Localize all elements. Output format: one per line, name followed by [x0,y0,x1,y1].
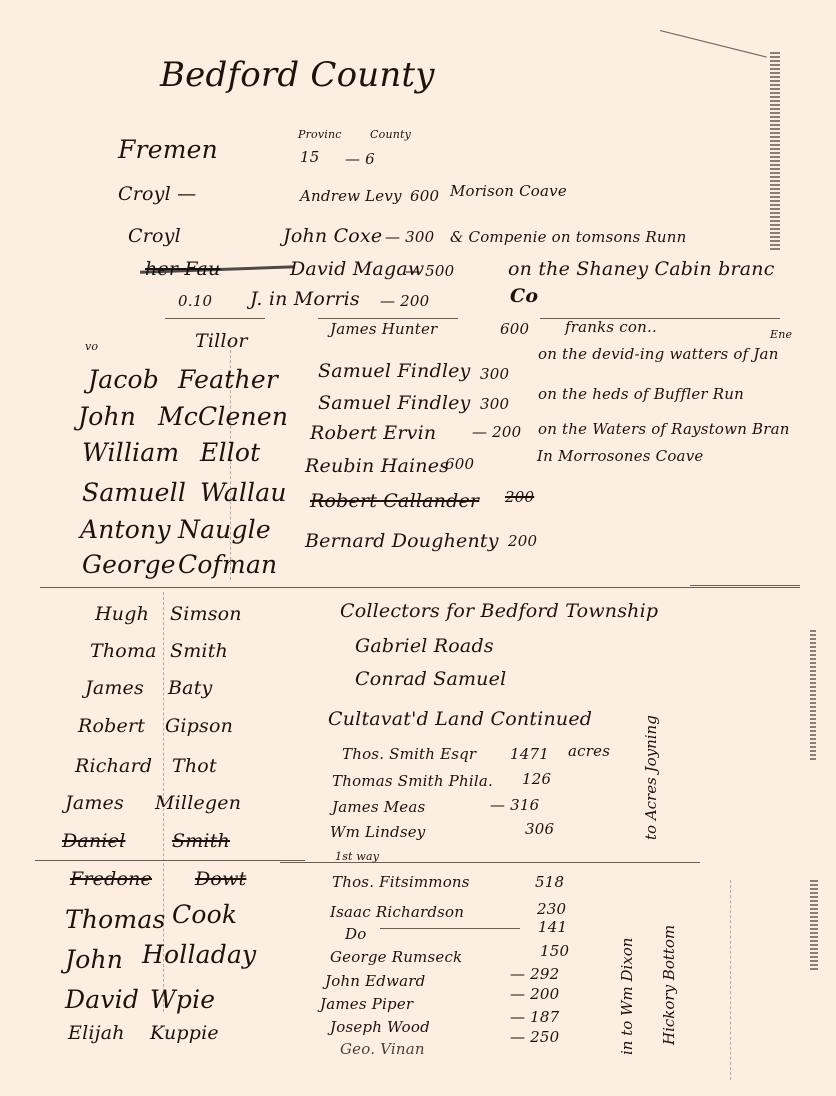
divider [380,928,520,929]
person-first-name-struck: Fredone [70,868,152,890]
land-value: 141 [538,918,567,936]
land-name: James Meas [332,798,425,816]
person-first-name: George [82,550,176,579]
grantee-name: Samuel Findley [318,392,470,414]
grantee-acres: 200 [508,532,537,550]
grantee-location: on the devid-ing watters of Jan [538,345,779,363]
entry-acres: — 200 [380,292,429,310]
land-value: — 316 [490,796,539,814]
land-value: 150 [540,942,569,960]
land-name: George Rumseck [330,948,462,966]
land-unit: acres [568,742,610,760]
person-last-name: Thot [172,755,217,777]
divider [35,860,305,861]
divider [318,318,458,319]
person-first-name: Thoma [90,640,157,662]
land-name: Geo. Vinan [340,1040,425,1058]
mid-header-note: Ene [770,328,792,341]
entry-name: J. in Morris [250,288,360,310]
person-first-name: Samuell [82,478,186,507]
entry-location: & Compenie on tomsons Runn [450,228,687,246]
mid-header-name: James Hunter [330,320,437,338]
margin-note: to Acres Joyning [642,715,660,840]
person-last-name-struck: Smith [172,830,230,852]
entry-acres: — 500 [405,262,454,280]
person-first-name: James [85,677,144,699]
person-last-name: Smith [170,640,228,662]
mid-header-left: Tillor [195,330,248,352]
grantee-acres: — 200 [472,423,521,441]
land-value: 126 [522,770,551,788]
person-first-name: Robert [78,715,145,737]
land-value: — 187 [510,1008,559,1026]
entry-location: Morison Coave [450,182,567,200]
entry-name: Andrew Levy [300,187,402,205]
person-last-name: Kuppie [150,1022,219,1044]
land-name: Joseph Wood [330,1018,430,1036]
entry-left: Croyl — [118,183,196,205]
paper-edge-right-top [770,50,780,250]
grantee-name: Samuel Findley [318,360,470,382]
entry-location: on the Shaney Cabin branc [508,258,775,280]
collector-name: Gabriel Roads [355,635,494,657]
entry-acres: — 300 [385,228,434,246]
person-last-name: Cofman [178,550,277,579]
person-last-name-struck: Dowt [195,868,246,890]
land-value: 1471 [510,745,549,763]
person-first-name-struck: Daniel [62,830,125,852]
tax-header-province: Provinc [298,128,342,141]
land-value: 518 [535,873,564,891]
entry-location: Co [510,285,538,307]
land-name: Isaac Richardson [330,903,464,921]
collectors-heading: Collectors for Bedford Township [340,600,658,622]
divider [165,318,265,319]
manuscript-page: Bedford County Fremen Provinc County 15 … [0,0,836,1096]
person-first-name: William [82,438,179,467]
cultivated-land-heading: Cultavat'd Land Continued [328,708,592,730]
grantee-location: on the Waters of Raystown Bran [538,420,790,438]
person-last-name: McClenen [158,402,288,431]
land-value: — 200 [510,985,559,1003]
grantee-name-struck: Robert Callander [310,490,479,512]
section-label: Fremen [118,135,218,164]
grantee-acres-struck: 200 [505,488,534,506]
person-last-name: Holladay [142,940,256,969]
grantee-acres: 300 [480,395,509,413]
person-first-name: James [65,792,124,814]
land-name: Thos. Smith Esqr [342,745,476,763]
land-name: Thomas Smith Phila. [332,772,493,790]
mid-header-prefix: vo [85,340,98,353]
person-last-name: Wpie [150,985,215,1014]
person-first-name: Thomas [65,905,165,934]
entry-name: John Coxe [283,225,382,247]
document-title: Bedford County [160,55,435,95]
person-first-name: David [65,985,139,1014]
land-value: 230 [537,900,566,918]
tax-header-province-value: 15 [300,148,320,166]
fold-line [730,880,731,1080]
collector-name: Conrad Samuel [355,668,506,690]
grantee-acres: 600 [445,455,474,473]
grantee-name: Robert Ervin [310,422,436,444]
land-name: John Edward [325,972,425,990]
person-first-name: Jacob [88,365,159,394]
section-divider [40,587,800,588]
land-name: Do [345,925,366,943]
person-last-name: Wallau [200,478,287,507]
person-last-name: Baty [168,677,212,699]
paper-edge-right-mid [810,630,816,760]
person-last-name: Simson [170,603,242,625]
land-value: 306 [525,820,554,838]
person-first-name: Hugh [95,603,149,625]
land-name: Thos. Fitsimmons [332,873,470,891]
person-first-name: John [78,402,136,431]
divider [690,585,800,586]
person-last-name: Feather [178,365,278,394]
paper-edge-right-bottom [810,880,818,970]
person-last-name: Millegen [155,792,241,814]
land-value: — 292 [510,965,559,983]
person-last-name: Ellot [200,438,260,467]
grantee-location: In Morrosones Coave [537,447,703,465]
person-last-name: Gipson [165,715,233,737]
person-first-name: Elijah [68,1022,125,1044]
person-first-name: Richard [75,755,152,777]
grantee-name: Reubin Haines [305,455,449,477]
land-name: Wm Lindsey [330,823,425,841]
margin-note: Hickory Bottom [660,925,678,1045]
land-name: James Piper [320,995,413,1013]
entry-left: Croyl [128,225,181,247]
tax-header-county-value: — 6 [345,150,375,168]
divider [280,862,700,863]
person-first-name: John [65,945,123,974]
entry-left: 0.10 [178,292,212,310]
person-last-name: Cook [172,900,237,929]
mid-header-location: franks con.. [565,318,657,336]
margin-note: in to Wm Dixon [618,938,636,1055]
grantee-acres: 300 [480,365,509,383]
grantee-location: on the heds of Buffler Run [538,385,744,403]
entry-acres: 600 [410,187,439,205]
land-value: — 250 [510,1028,559,1046]
person-last-name: Naugle [178,515,271,544]
mid-header-acres: 600 [500,320,529,338]
person-first-name: Antony [80,515,171,544]
tax-header-county: County [370,128,411,141]
paper-corner-top [660,30,767,58]
grantee-name: Bernard Doughenty [305,530,499,552]
